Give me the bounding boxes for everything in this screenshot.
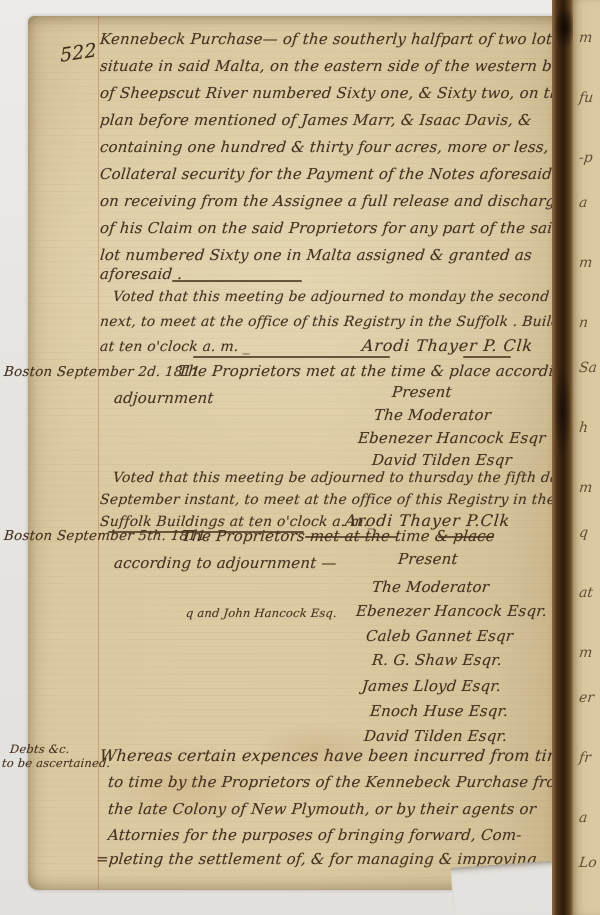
flourish-rule — [172, 280, 302, 282]
attendee: R. G. Shaw Esqr. — [371, 651, 503, 669]
attendee: The Moderator — [371, 578, 490, 596]
facing-page-text-fragment: a — [578, 195, 588, 211]
margin-note-line: to be ascertained. — [1, 756, 111, 770]
entry-line: situate in said Malta, on the eastern si… — [99, 57, 597, 75]
attendee: David Tilden Esqr — [371, 451, 513, 469]
present-label: Present — [391, 383, 452, 401]
facing-page-text-fragment: at — [578, 585, 594, 601]
meeting1-heading2: adjournment — [113, 389, 214, 407]
attendee: The Moderator — [373, 406, 492, 424]
entry-line: aforesaid . — [99, 265, 183, 283]
facing-page-text-fragment: h — [578, 420, 589, 436]
attendee: James Lloyd Esqr. — [361, 677, 502, 695]
facing-page-text-fragment: -p — [578, 150, 593, 166]
facing-page-text-fragment: m — [578, 255, 593, 271]
present-label: Present — [397, 550, 458, 568]
meeting2-dateline: Boston September 5th. 1811. — [3, 528, 211, 544]
whereas-line: Whereas certain expences have been incur… — [99, 746, 573, 765]
whereas-line: the late Colony of New Plymouth, or by t… — [107, 800, 537, 818]
meeting1-dateline: Boston September 2d. 1811 — [3, 364, 201, 380]
facing-page-text-fragment: m — [578, 30, 593, 46]
facing-page-text-fragment: er — [578, 690, 595, 706]
entry-line: plan before mentioned of James Marr, & I… — [99, 111, 532, 129]
attendee: Caleb Gannet Esqr — [365, 627, 514, 645]
margin-note-line: Debts &c. — [9, 742, 70, 756]
meeting2-heading: The Proprietors met at the time & place — [181, 527, 496, 545]
adjournment1-line: at ten o'clock a. m. _ — [99, 339, 251, 355]
adjournment1-line: next, to meet at the office of this Regi… — [99, 314, 591, 330]
book-binding-gutter — [552, 0, 573, 915]
adjournment1-line: Voted that this meeting be adjourned to … — [112, 289, 600, 305]
entry-line: Kennebeck Purchase— of the southerly hal… — [99, 30, 600, 48]
facing-page-text-fragment: m — [578, 645, 593, 661]
meeting2-heading2: according to adjournment — — [113, 554, 337, 572]
entry-line: of Sheepscut River numbered Sixty one, &… — [99, 84, 569, 102]
entry-line: of his Claim on the said Proprietors for… — [99, 219, 563, 237]
whereas-line: to time by the Proprietors of the Kenneb… — [107, 773, 571, 791]
facing-page-text-fragment: fr — [578, 750, 592, 766]
clerk-signature: Arodi Thayer P. Clk — [361, 336, 534, 355]
torn-page-corner — [451, 860, 564, 914]
attendee: David Tilden Esqr. — [363, 727, 508, 745]
facing-page: mfu-pamnSahmqatmerfraLo — [573, 0, 600, 915]
adjournment2-line: Voted that this meeting be adjourned to … — [112, 470, 586, 486]
entry-line: containing one hundred & thirty four acr… — [99, 138, 586, 156]
attendee: Ebenezer Hancock Esqr — [357, 429, 546, 447]
facing-page-text-fragment: n — [578, 315, 589, 331]
entry-line: on receiving from the Assignee a full re… — [99, 192, 565, 210]
manuscript-photo: 522 Kennebeck Purchase— of the southerly… — [0, 0, 600, 915]
section-rule — [193, 356, 390, 358]
attendee: Enoch Huse Esqr. — [369, 702, 509, 720]
whereas-line: =pleting the settlement of, & for managi… — [95, 850, 537, 868]
facing-page-text-fragment: m — [578, 480, 593, 496]
section-rule — [463, 356, 511, 358]
facing-page-text-fragment: Lo — [578, 855, 597, 871]
adjournment2-line: September instant, to meet at the office… — [99, 492, 556, 508]
facing-page-text-fragment: fu — [578, 90, 594, 106]
facing-page-text-fragment: Sa — [578, 360, 598, 376]
entry-line: lot numbered Sixty one in Malta assigned… — [99, 246, 533, 264]
facing-page-text-fragment: q — [578, 525, 589, 541]
facing-page-text-fragment: a — [578, 810, 588, 826]
attendee: Ebenezer Hancock Esqr. q — [355, 602, 562, 620]
whereas-line: Attornies for the purposes of bringing f… — [107, 826, 522, 844]
meeting1-heading: The Proprietors met at the time & place … — [177, 362, 594, 380]
interlineation-note: q and John Hancock Esq. — [185, 606, 337, 620]
entry-line: Collateral security for the Payment of t… — [99, 165, 558, 183]
